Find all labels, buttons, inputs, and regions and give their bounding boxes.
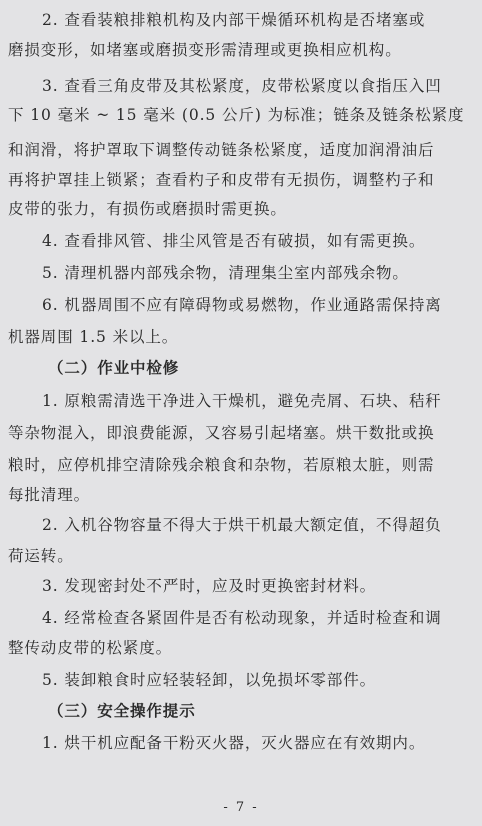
paragraph-line: 粮时，应停机排空清除残余粮食和杂物，若原粮太脏，则需 <box>8 455 476 475</box>
paragraph-line: 4. 查看排风管、排尘风管是否有破损，如有需更换。 <box>42 231 482 251</box>
section-heading: （二）作业中检修 <box>48 358 482 378</box>
paragraph-line: 下 10 毫米 ~ 15 毫米 (0.5 公斤) 为标准；链条及链条松紧度 <box>8 105 476 125</box>
paragraph-line: 5. 装卸粮食时应轻装轻卸，以免损坏零部件。 <box>42 670 482 690</box>
paragraph-line: 6. 机器周围不应有障碍物或易燃物，作业通路需保持离 <box>42 295 482 315</box>
paragraph-line: 5. 清理机器内部残余物，清理集尘室内部残余物。 <box>42 263 482 283</box>
paragraph-line: 荷运转。 <box>8 546 476 566</box>
paragraph-line: 1. 原粮需清选干净进入干燥机，避免壳屑、石块、秸秆 <box>42 391 482 411</box>
paragraph-line: 2. 查看装粮排粮机构及内部干燥循环机构是否堵塞或 <box>42 10 482 30</box>
paragraph-line: 机器周围 1.5 米以上。 <box>8 327 476 347</box>
document-page: 2. 查看装粮排粮机构及内部干燥循环机构是否堵塞或 磨损变形，如堵塞或磨损变形需… <box>0 0 482 826</box>
paragraph-line: 皮带的张力，有损伤或磨损时需更换。 <box>8 199 476 219</box>
section-heading: （三）安全操作提示 <box>48 701 482 721</box>
paragraph-line: 3. 发现密封处不严时，应及时更换密封材料。 <box>42 576 482 596</box>
paragraph-line: 等杂物混入，即浪费能源，又容易引起堵塞。烘干数批或换 <box>8 423 476 443</box>
paragraph-line: 4. 经常检查各紧固件是否有松动现象，并适时检查和调 <box>42 608 482 628</box>
paragraph-line: 1. 烘干机应配备干粉灭火器，灭火器应在有效期内。 <box>42 733 482 753</box>
paragraph-line: 整传动皮带的松紧度。 <box>8 638 476 658</box>
paragraph-line: 再将护罩挂上锁紧；查看杓子和皮带有无损伤，调整杓子和 <box>8 170 476 190</box>
paragraph-line: 3. 查看三角皮带及其松紧度，皮带松紧度以食指压入凹 <box>42 76 482 96</box>
page-number: - 7 - <box>0 800 482 815</box>
paragraph-line: 2. 入机谷物容量不得大于烘干机最大额定值，不得超负 <box>42 515 482 535</box>
paragraph-line: 磨损变形，如堵塞或磨损变形需清理或更换相应机构。 <box>8 40 476 60</box>
paragraph-line: 每批清理。 <box>8 485 476 505</box>
paragraph-line: 和润滑，将护罩取下调整传动链条松紧度，适度加润滑油后 <box>8 140 476 160</box>
